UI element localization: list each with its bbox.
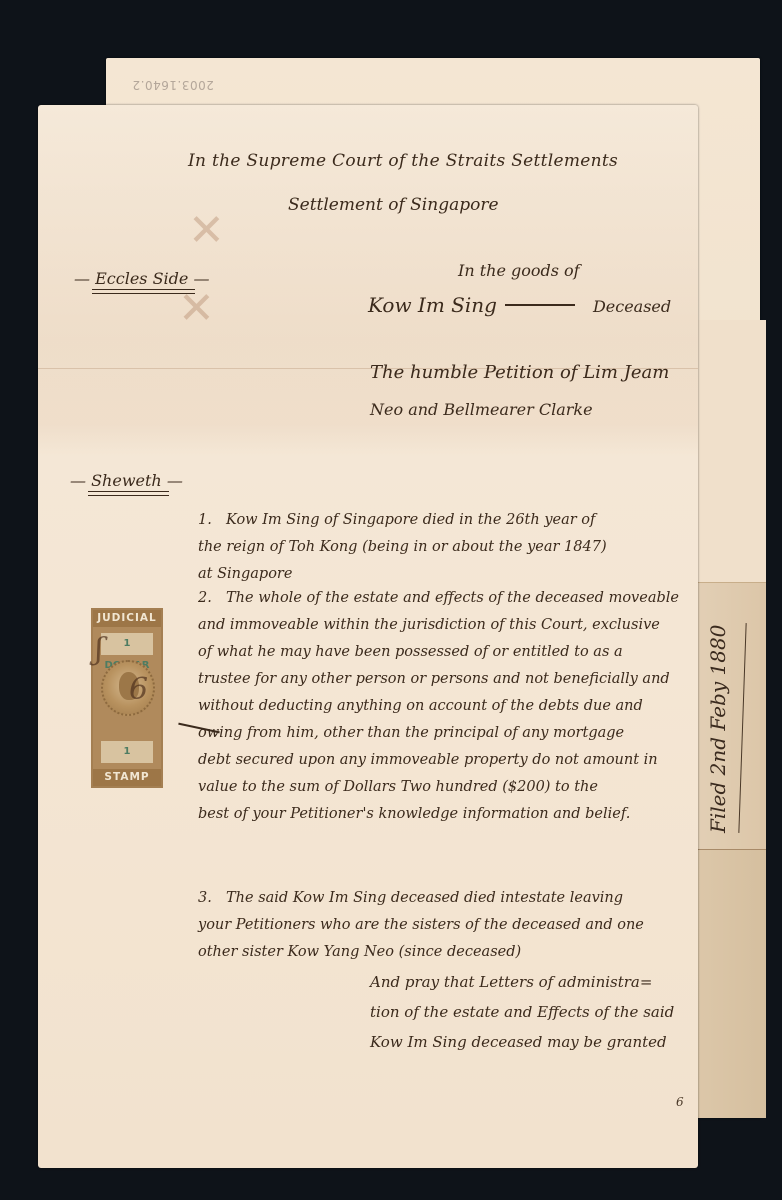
judicial-stamp: JUDICIAL 1 DOLLAR 1 DOLLAR STAMP ʃ 6 [91, 608, 163, 788]
petition-title-line1: The humble Petition of Lim Jeam [370, 362, 669, 383]
endorsement-rule [738, 623, 746, 833]
double-underline [88, 491, 169, 496]
paragraph-line: 1.Kow Im Sing of Singapore died in the 2… [198, 507, 698, 534]
petition-page: ✕ ✕ In the Supreme Court of the Straits … [38, 105, 698, 1168]
prayer-line: Kow Im Sing deceased may be granted [370, 1027, 700, 1057]
stamp-value-bottom: 1 DOLLAR [101, 741, 153, 763]
paragraph-line: of what he may have been possessed of or… [198, 639, 698, 666]
paragraph-line: other sister Kow Yang Neo (since decease… [198, 939, 698, 966]
petition-title-line2: Neo and Bellmearer Clarke [370, 400, 593, 419]
paragraph-line: your Petitioners who are the sisters of … [198, 912, 698, 939]
stamp-value-top: 1 DOLLAR [101, 633, 153, 655]
prayer-line: tion of the estate and Effects of the sa… [370, 997, 700, 1027]
stamp-cancellation-mark: 6 [129, 672, 148, 707]
blank-rule [505, 304, 575, 306]
folded-sheet-lower [697, 850, 766, 1118]
paragraph-3: 3.The said Kow Im Sing deceased died int… [198, 885, 698, 966]
deceased-name-line: Kow Im SingDeceased [368, 293, 671, 317]
paragraph-line: 3.The said Kow Im Sing deceased died int… [198, 885, 698, 912]
double-underline [92, 289, 195, 294]
sheweth-label: — Sheweth — [70, 471, 183, 490]
paragraph-line: without deducting anything on account of… [198, 693, 698, 720]
paragraph-line: trustee for any other person or persons … [198, 666, 698, 693]
paragraph-line: and immoveable within the jurisdiction o… [198, 612, 698, 639]
faint-cross-mark: ✕ [188, 205, 225, 256]
pencil-reference-number: 2003.1640.2 [132, 78, 214, 92]
stamp-cancellation-mark: ʃ [95, 632, 103, 667]
paragraph-line: value to the sum of Dollars Two hundred … [198, 774, 698, 801]
filed-date-endorsement: Filed 2nd Feby 1880 [706, 583, 730, 833]
page-mark: 6 [676, 1095, 684, 1109]
court-heading: In the Supreme Court of the Straits Sett… [188, 151, 618, 171]
paragraph-line: at Singapore [198, 561, 698, 588]
ecclesiastical-side-text: Eccles Side [95, 269, 188, 288]
paragraph-2: 2.The whole of the estate and effects of… [198, 585, 698, 828]
paragraph-number: 3. [198, 885, 226, 912]
stamp-top-label: JUDICIAL [93, 610, 161, 627]
paragraph-line: owing from him, other than the principal… [198, 720, 698, 747]
prayer-clause: And pray that Letters of administra= tio… [370, 967, 700, 1057]
paragraph-line: the reign of Toh Kong (being in or about… [198, 534, 698, 561]
deceased-label: Deceased [593, 297, 671, 316]
paragraph-line: 2.The whole of the estate and effects of… [198, 585, 698, 612]
folded-sheet-endorsement: Filed 2nd Feby 1880 [697, 582, 766, 851]
folded-sheet-upper [697, 320, 766, 582]
sheweth-text: Sheweth [91, 471, 162, 490]
prayer-line: And pray that Letters of administra= [370, 967, 700, 997]
stamp-bottom-label: STAMP [93, 769, 161, 786]
ecclesiastical-side-label: — Eccles Side — [74, 269, 209, 288]
paragraph-number: 2. [198, 585, 226, 612]
in-goods-of: In the goods of [458, 261, 580, 280]
paragraph-line: best of your Petitioner's knowledge info… [198, 801, 698, 828]
paragraph-1: 1.Kow Im Sing of Singapore died in the 2… [198, 507, 698, 588]
paragraph-line: debt secured upon any immoveable propert… [198, 747, 698, 774]
settlement-heading: Settlement of Singapore [288, 195, 499, 215]
deceased-name: Kow Im Sing [368, 293, 497, 317]
paragraph-number: 1. [198, 507, 226, 534]
